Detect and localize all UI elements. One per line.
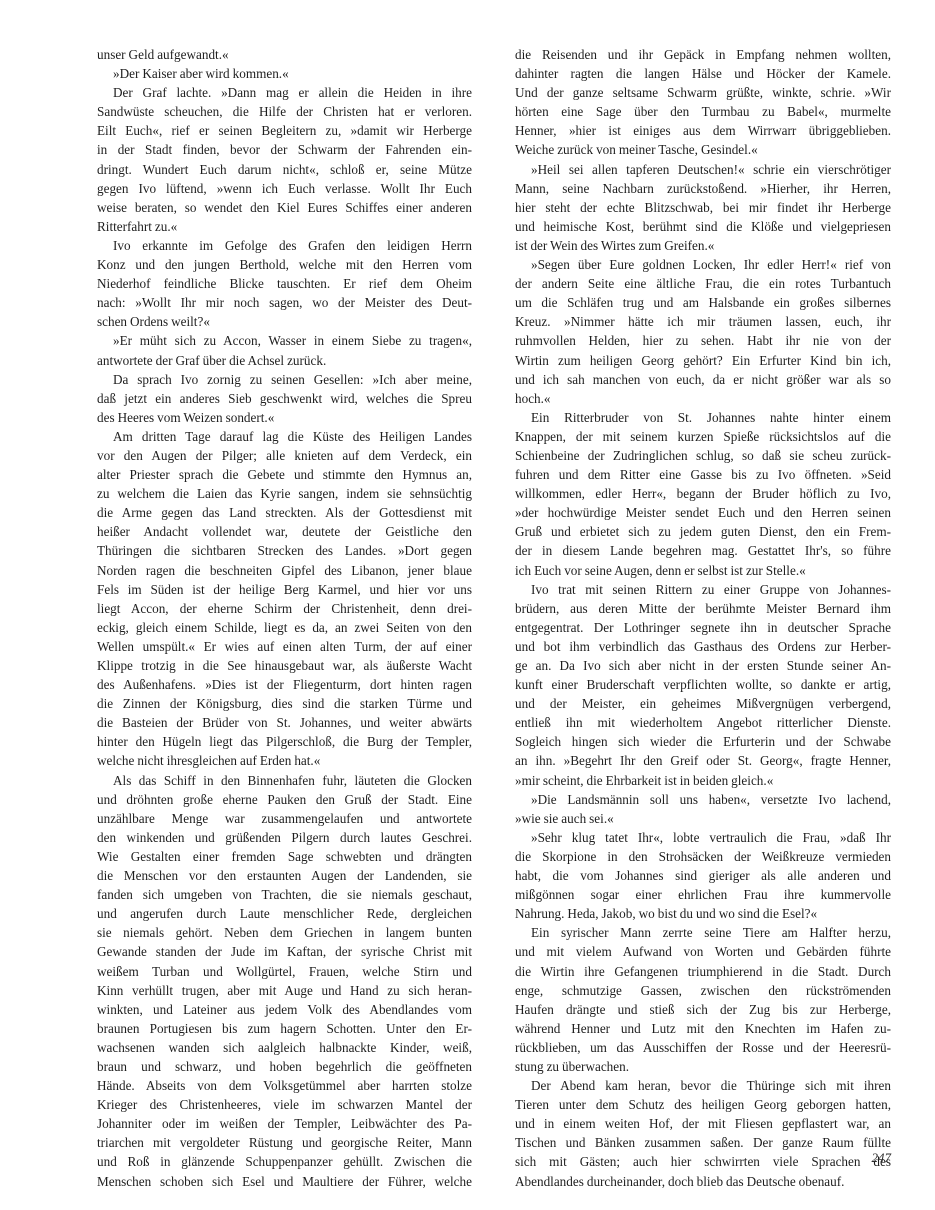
text-line: Norden ragen die beschneiten Gipfel des … (97, 561, 472, 580)
text-line: in der Stadt finden, bevor der Schwarm d… (97, 140, 472, 159)
text-line: schen Ordens weilt?« (97, 312, 472, 331)
text-line: die Menschen vor den erstaunten Augen de… (97, 866, 472, 885)
text-line: Tieren unter dem Schutz des heiligen Geo… (515, 1095, 891, 1114)
text-line: und Roß in glänzende Schuppenpanzer gehü… (97, 1152, 472, 1171)
text-line: ich Euch vor seine Augen, denn er selbst… (515, 561, 891, 580)
text-line: Niederhof feindliche Blicke tauschten. E… (97, 274, 472, 293)
paragraph: »Die Landsmännin soll uns haben«, verset… (515, 790, 891, 828)
text-line: rückblieben, um das Ausschiffen der Ross… (515, 1038, 891, 1057)
text-line: Ein syrischer Mann zerrte seine Tiere am… (515, 923, 891, 942)
text-line: Kreuz. »Nimmer hätte ich mir träumen las… (515, 312, 891, 331)
text-line: Weiche zurück von meiner Tasche, Gesinde… (515, 140, 891, 159)
text-line: Ritterfahrt zu.« (97, 217, 472, 236)
text-line: unzählbare Menge war zusammengelaufen un… (97, 809, 472, 828)
text-line: daß jetzt ein anderes Sieb geschwenkt wi… (97, 389, 472, 408)
text-line: mißgönnen sogar einer ehrlichen Frau ihr… (515, 885, 891, 904)
text-line: die Skorpione in den Strohsäcken der Wei… (515, 847, 891, 866)
text-line: Der Abend kam heran, bevor die Thüringe … (515, 1076, 891, 1095)
text-line: dahinter ragten die langen Hälse und Höc… (515, 64, 891, 83)
text-line: triarchen mit vergoldeter Rüstung und ge… (97, 1133, 472, 1152)
text-line: eckig, gleich einem Schilde, liegt es da… (97, 618, 472, 637)
text-line: Fels im Süden ist der heilige Berg Karme… (97, 580, 472, 599)
text-line: kunft einer Bruderschaft verpflichten wo… (515, 675, 891, 694)
text-line: habt, die vom Johannes sind gieriger als… (515, 866, 891, 885)
text-line: Und der ganze seltsame Schwarm grüßte, w… (515, 83, 891, 102)
text-line: die Basteien der Brüder von St. Johannes… (97, 713, 472, 732)
text-line: um die Schläfen trug und am Halsbande ei… (515, 293, 891, 312)
text-line: »der hochwürdige Meister sendet Euch und… (515, 503, 891, 522)
text-line: an ihn. »Begehrt Ihr den Greif oder St. … (515, 751, 891, 770)
text-line: enge, schmutzige Gassen, zwischen den rü… (515, 981, 891, 1000)
paragraph: Da sprach Ivo zornig zu seinen Gesellen:… (97, 370, 472, 427)
text-line: Nahrung. Heda, Jakob, wo bist du und wo … (515, 904, 891, 923)
paragraph: »Er müht sich zu Accon, Wasser in einem … (97, 331, 472, 369)
page-number: 247 (515, 1150, 891, 1166)
text-line: Ivo trat mit seinen Rittern zu einer Gru… (515, 580, 891, 599)
paragraph: Am dritten Tage darauf lag die Küste des… (97, 427, 472, 771)
text-line: ist der Wein des Wirtes zum Greifen.« (515, 236, 891, 255)
text-line: antwortete der Graf über die Achsel zurü… (97, 351, 472, 370)
text-line: und heimische Kost, berühmt sind die Klö… (515, 217, 891, 236)
text-line: Eilt Euch«, rief er seinen Begleitern zu… (97, 121, 472, 140)
text-line: dringt. Wundert Euch darum nicht«, schlo… (97, 160, 472, 179)
text-line: nach: »Wollt Ihr mir noch sagen, wo der … (97, 293, 472, 312)
text-line: winkten, und Lateiner aus jedem Volk des… (97, 1000, 472, 1019)
text-line: sie niemals gehört. Neben dem Griechen i… (97, 923, 472, 942)
text-line: Sandwüste scheuchen, die Hilfe der Chris… (97, 102, 472, 121)
text-line: hörten eine Sage über den Turmbau zu Bab… (515, 102, 891, 121)
text-line: ruhmvollen Helden, hier zu sehen. Habt i… (515, 331, 891, 350)
paragraph: unser Geld aufgewandt.« (97, 45, 472, 64)
text-line: entließ ihn mit wiederholtem Angebot rit… (515, 713, 891, 732)
text-line: hoch.« (515, 389, 891, 408)
text-line: Abendlandes durcheinander, doch blieb da… (515, 1172, 891, 1191)
text-line: die Arme gegen das Land streckten. Als d… (97, 503, 472, 522)
text-line: »Er müht sich zu Accon, Wasser in einem … (97, 331, 472, 350)
text-line: während Henner und Lutz mit den Knechten… (515, 1019, 891, 1038)
text-line: der andern Seite eine ältliche Frau, die… (515, 274, 891, 293)
text-line: brüdern, aus deren Mitte der berühmte Me… (515, 599, 891, 618)
text-line: »wie sie auch sei.« (515, 809, 891, 828)
text-line: weise beraten, so wendet den Kiel Eures … (97, 198, 472, 217)
text-line: »Heil sei allen tapferen Deutschen!« sch… (515, 160, 891, 179)
text-line: »Der Kaiser aber wird kommen.« (97, 64, 472, 83)
text-line: heißer Andacht vollendet war, deutete de… (97, 522, 472, 541)
text-line: Menschen schoben sich Esel und Maultiere… (97, 1172, 472, 1191)
paragraph: »Heil sei allen tapferen Deutschen!« sch… (515, 160, 891, 255)
text-line: ge an. Da Ivo sich aber nicht in der ers… (515, 656, 891, 675)
text-line: zu welchem die Laien das Kyrie sangen, i… (97, 484, 472, 503)
text-line: hier steht der echte Blitzschwab, bei mi… (515, 198, 891, 217)
text-line: Am dritten Tage darauf lag die Küste des… (97, 427, 472, 446)
text-line: alter Priester sprach die Gebete und sti… (97, 465, 472, 484)
text-line: und in einem weiten Hof, der mit Fliesen… (515, 1114, 891, 1133)
text-line: Wie Gestalten einer fremden Sage schwebt… (97, 847, 472, 866)
text-line: gegen Ivo lüftend, »wenn ich Euch verlas… (97, 179, 472, 198)
text-line: und angerufen durch Laute menschlicher R… (97, 904, 472, 923)
text-line: braun und schwarz, und hoben begehrlich … (97, 1057, 472, 1076)
text-column-left: unser Geld aufgewandt.«»Der Kaiser aber … (97, 45, 472, 1191)
text-line: liegt Accon, der eherne Schirm der Chris… (97, 599, 472, 618)
text-line: Der Graf lachte. »Dann mag er allein die… (97, 83, 472, 102)
text-line: »Sehr klug tatet Ihr«, lobte vertraulich… (515, 828, 891, 847)
text-line: Hände. Abseits von dem Volksgetümmel abe… (97, 1076, 472, 1095)
text-line: hinter den Hügeln liegt das Pilgerschloß… (97, 732, 472, 751)
text-line: Knappen, der mit seinem kurzen Spieße rü… (515, 427, 891, 446)
text-line: »mir scheint, die Ehrbarkeit ist in beid… (515, 771, 891, 790)
text-line: Schienbeine der Zudringlichen schlug, so… (515, 446, 891, 465)
paragraph: »Sehr klug tatet Ihr«, lobte vertraulich… (515, 828, 891, 923)
text-line: Henner, »hier ist einiges aus dem Wirrwa… (515, 121, 891, 140)
text-line: Mann, seine Nachbarn zurückstoßend. »Hie… (515, 179, 891, 198)
text-line: Ivo erkannte im Gefolge des Grafen den l… (97, 236, 472, 255)
text-line: Klippe trotzig in die See hinausgebaut w… (97, 656, 472, 675)
text-line: die Reisenden und ihr Gepäck in Empfang … (515, 45, 891, 64)
text-line: fuhren und dem Ritter eine Gasse bis zu … (515, 465, 891, 484)
text-line: willkommen, edler Herr«, begann der Brud… (515, 484, 891, 503)
text-line: Konz und den jungen Berthold, welche mit… (97, 255, 472, 274)
text-line: Thüringen die sichtbaren Strecken des La… (97, 541, 472, 560)
paragraph: Als das Schiff in den Binnenhafen fuhr, … (97, 771, 472, 1191)
paragraph: »Segen über Eure goldnen Locken, Ihr edl… (515, 255, 891, 408)
text-line: vor den Augen der Pilger; alle knieten a… (97, 446, 472, 465)
text-line: Kinn verhüllt trugen, aber mit Auge und … (97, 981, 472, 1000)
book-page: unser Geld aufgewandt.«»Der Kaiser aber … (0, 0, 935, 1210)
text-line: des Heeres vom Weizen sondert.« (97, 408, 472, 427)
text-line: Gruß und erbietet sich zu jedem guten Di… (515, 522, 891, 541)
text-line: und ich sah manchen von euch, da er nich… (515, 370, 891, 389)
text-line: Wirtin zum heiligen Georg gehört? Ein Er… (515, 351, 891, 370)
paragraph: Ein syrischer Mann zerrte seine Tiere am… (515, 923, 891, 1076)
text-line: des Außenhafens. »Dies ist der Fliegentu… (97, 675, 472, 694)
text-line: Wellen umspült.« Er wies auf einen alten… (97, 637, 472, 656)
text-line: »Die Landsmännin soll uns haben«, verset… (515, 790, 891, 809)
text-line: fanden sich umgeben von Trachten, die si… (97, 885, 472, 904)
text-line: entgegentrat. Der Lothringer segnete ihn… (515, 618, 891, 637)
text-line: die Zinnen der Königsburg, dies sind die… (97, 694, 472, 713)
text-line: und mit vielem Aufwand von Worten und Ge… (515, 942, 891, 961)
text-line: Als das Schiff in den Binnenhafen fuhr, … (97, 771, 472, 790)
text-line: Ein Ritterbruder von St. Johannes nahte … (515, 408, 891, 427)
paragraph: die Reisenden und ihr Gepäck in Empfang … (515, 45, 891, 160)
text-line: Krieger des Christenheeres, viele im sch… (97, 1095, 472, 1114)
paragraph: Ivo trat mit seinen Rittern zu einer Gru… (515, 580, 891, 790)
text-line: den winkenden und grüßenden Pilgern durc… (97, 828, 472, 847)
text-line: der in diesem Lande begehren mag. Gestat… (515, 541, 891, 560)
text-line: welche nicht ihresgleichen auf Erden hat… (97, 751, 472, 770)
text-line: und dröhnten große eherne Pauken den Gru… (97, 790, 472, 809)
text-line: Gewande standen der Jude im Kaftan, der … (97, 942, 472, 961)
text-line: Da sprach Ivo zornig zu seinen Gesellen:… (97, 370, 472, 389)
text-line: Haufen drängte und stieß sich der Zug bi… (515, 1000, 891, 1019)
paragraph: Ein Ritterbruder von St. Johannes nahte … (515, 408, 891, 580)
text-line: braunen Portugiesen bis zum hagern Schot… (97, 1019, 472, 1038)
paragraph: Der Abend kam heran, bevor die Thüringe … (515, 1076, 891, 1191)
text-line: »Segen über Eure goldnen Locken, Ihr edl… (515, 255, 891, 274)
text-line: und bot ihm verbindlich das Gasthaus des… (515, 637, 891, 656)
text-line: und der Meister, ein geheimes Mißvergnüg… (515, 694, 891, 713)
text-line: Sogleich hingen sich wieder die Erfurter… (515, 732, 891, 751)
text-line: Johanniter oder im weißen der Templer, L… (97, 1114, 472, 1133)
paragraph: »Der Kaiser aber wird kommen.« (97, 64, 472, 83)
text-line: wachsenen wanden sich aalgleich halbnack… (97, 1038, 472, 1057)
paragraph: Der Graf lachte. »Dann mag er allein die… (97, 83, 472, 236)
paragraph: Ivo erkannte im Gefolge des Grafen den l… (97, 236, 472, 331)
text-line: die Wirtin ihre Gefangenen triumphierend… (515, 962, 891, 981)
text-column-right: die Reisenden und ihr Gepäck in Empfang … (515, 45, 891, 1191)
text-line: unser Geld aufgewandt.« (97, 45, 472, 64)
text-line: weißem Turban und Wollgürtel, Frauen, we… (97, 962, 472, 981)
text-line: stung zu überwachen. (515, 1057, 891, 1076)
